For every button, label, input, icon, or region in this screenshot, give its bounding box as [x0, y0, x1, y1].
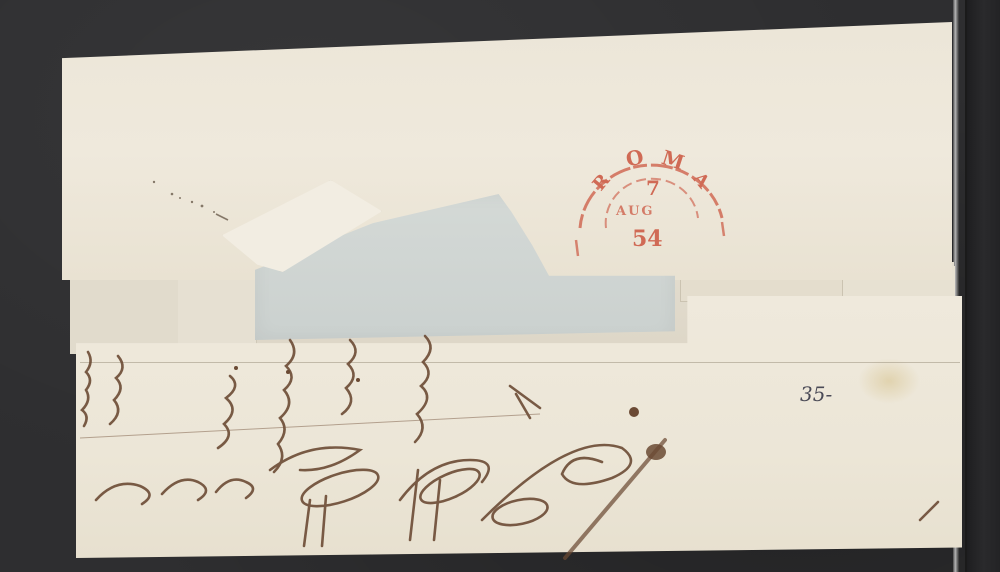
ruled-line [80, 414, 540, 438]
manuscript-handwriting [0, 0, 1000, 572]
